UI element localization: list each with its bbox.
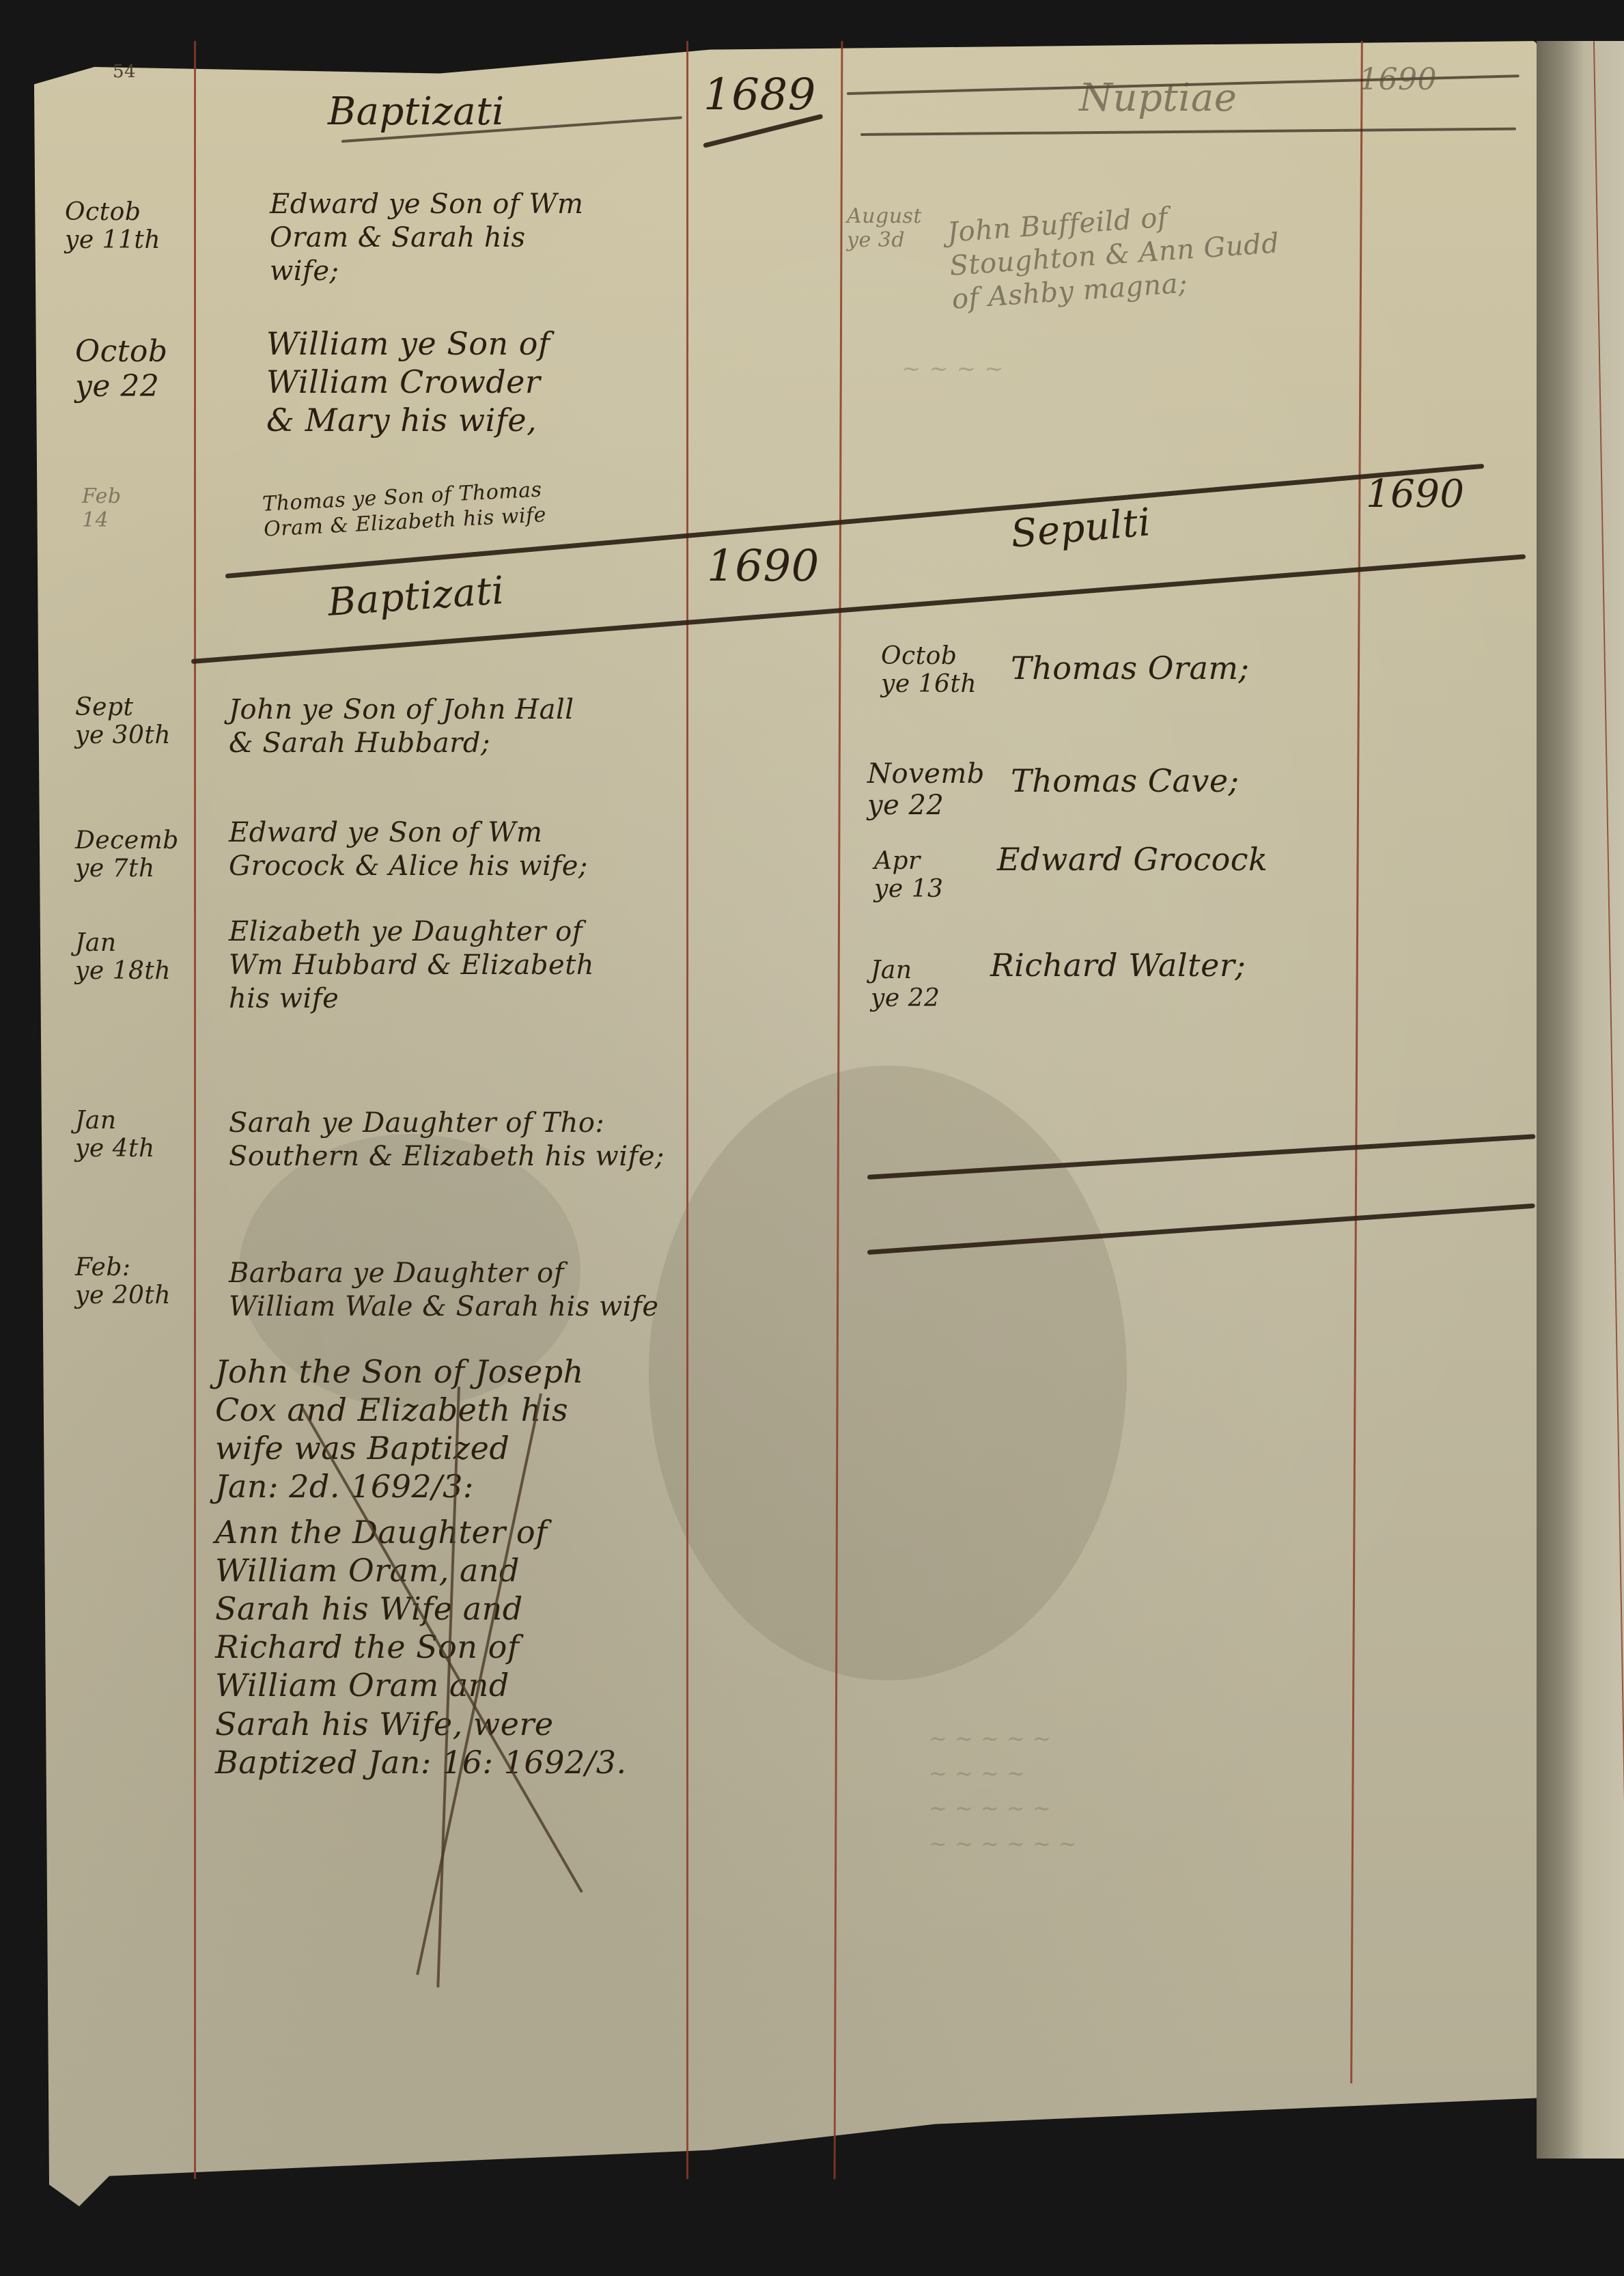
bleed-through-text: ~ ~ ~ ~ xyxy=(901,355,1004,383)
entry-date: Octob ye 22 xyxy=(75,335,168,404)
baptism-entry: William ye Son of William Crowder & Mary… xyxy=(266,324,550,439)
column-rule xyxy=(686,41,688,2179)
entry-date: Jan ye 4th xyxy=(75,1107,155,1163)
baptisms-year: 1689 xyxy=(703,68,816,122)
entry-date: Octob ye 11th xyxy=(65,198,160,255)
entry-date: Feb: ye 20th xyxy=(75,1253,171,1310)
later-baptism-entry: John the Son of Joseph Cox and Elizabeth… xyxy=(215,1352,584,1505)
entry-date: August ye 3d xyxy=(847,205,922,252)
marriages-heading: Nuptiae xyxy=(1079,75,1237,122)
burial-entry: Edward Grocock xyxy=(997,840,1268,878)
entry-date: Apr ye 13 xyxy=(874,847,943,904)
bleed-through-text: ~ ~ ~ ~ ~ ~ ~ ~ ~ ~ ~ ~ ~ ~ ~ ~ ~ ~ ~ ~ xyxy=(929,1721,1077,1861)
baptisms-heading: Baptizati xyxy=(328,89,505,135)
entry-date: Decemb ye 7th xyxy=(75,827,179,883)
baptism-entry: Edward ye Son of Wm Grocock & Alice his … xyxy=(229,816,588,883)
adjacent-page-rule xyxy=(1593,41,1624,2159)
entry-date: Jan ye 22 xyxy=(871,956,940,1013)
folio-number: 54 xyxy=(113,61,136,83)
burial-entry: Richard Walter; xyxy=(990,946,1246,984)
later-baptism-entry: Ann the Daughter of William Oram, and Sa… xyxy=(215,1513,627,1781)
baptism-entry: Barbara ye Daughter of William Wale & Sa… xyxy=(229,1257,659,1324)
margin-rule xyxy=(194,41,196,2179)
baptism-entry: Elizabeth ye Daughter of Wm Hubbard & El… xyxy=(229,915,594,1015)
entry-date: Octob ye 16th xyxy=(881,642,977,699)
entry-date: Sept ye 30th xyxy=(75,693,171,750)
marriages-year: 1690 xyxy=(1359,61,1437,98)
burial-entry: Thomas Cave; xyxy=(1011,762,1240,800)
baptism-entry: Sarah ye Daughter of Tho: Southern & Eli… xyxy=(229,1107,664,1174)
entry-date: Jan ye 18th xyxy=(75,929,171,986)
baptism-entry: Edward ye Son of Wm Oram & Sarah his wif… xyxy=(270,188,583,288)
entry-date: Novemb ye 22 xyxy=(867,758,985,821)
baptism-entry: John ye Son of John Hall & Sarah Hubbard… xyxy=(229,693,574,760)
burial-entry: Thomas Oram; xyxy=(1011,649,1250,687)
water-stain xyxy=(649,1066,1127,1680)
burials-year: 1690 xyxy=(1366,471,1465,518)
entry-date: Feb 14 xyxy=(82,485,122,532)
baptisms-year: 1690 xyxy=(707,540,820,593)
adjacent-page-edge xyxy=(1537,41,1624,2159)
